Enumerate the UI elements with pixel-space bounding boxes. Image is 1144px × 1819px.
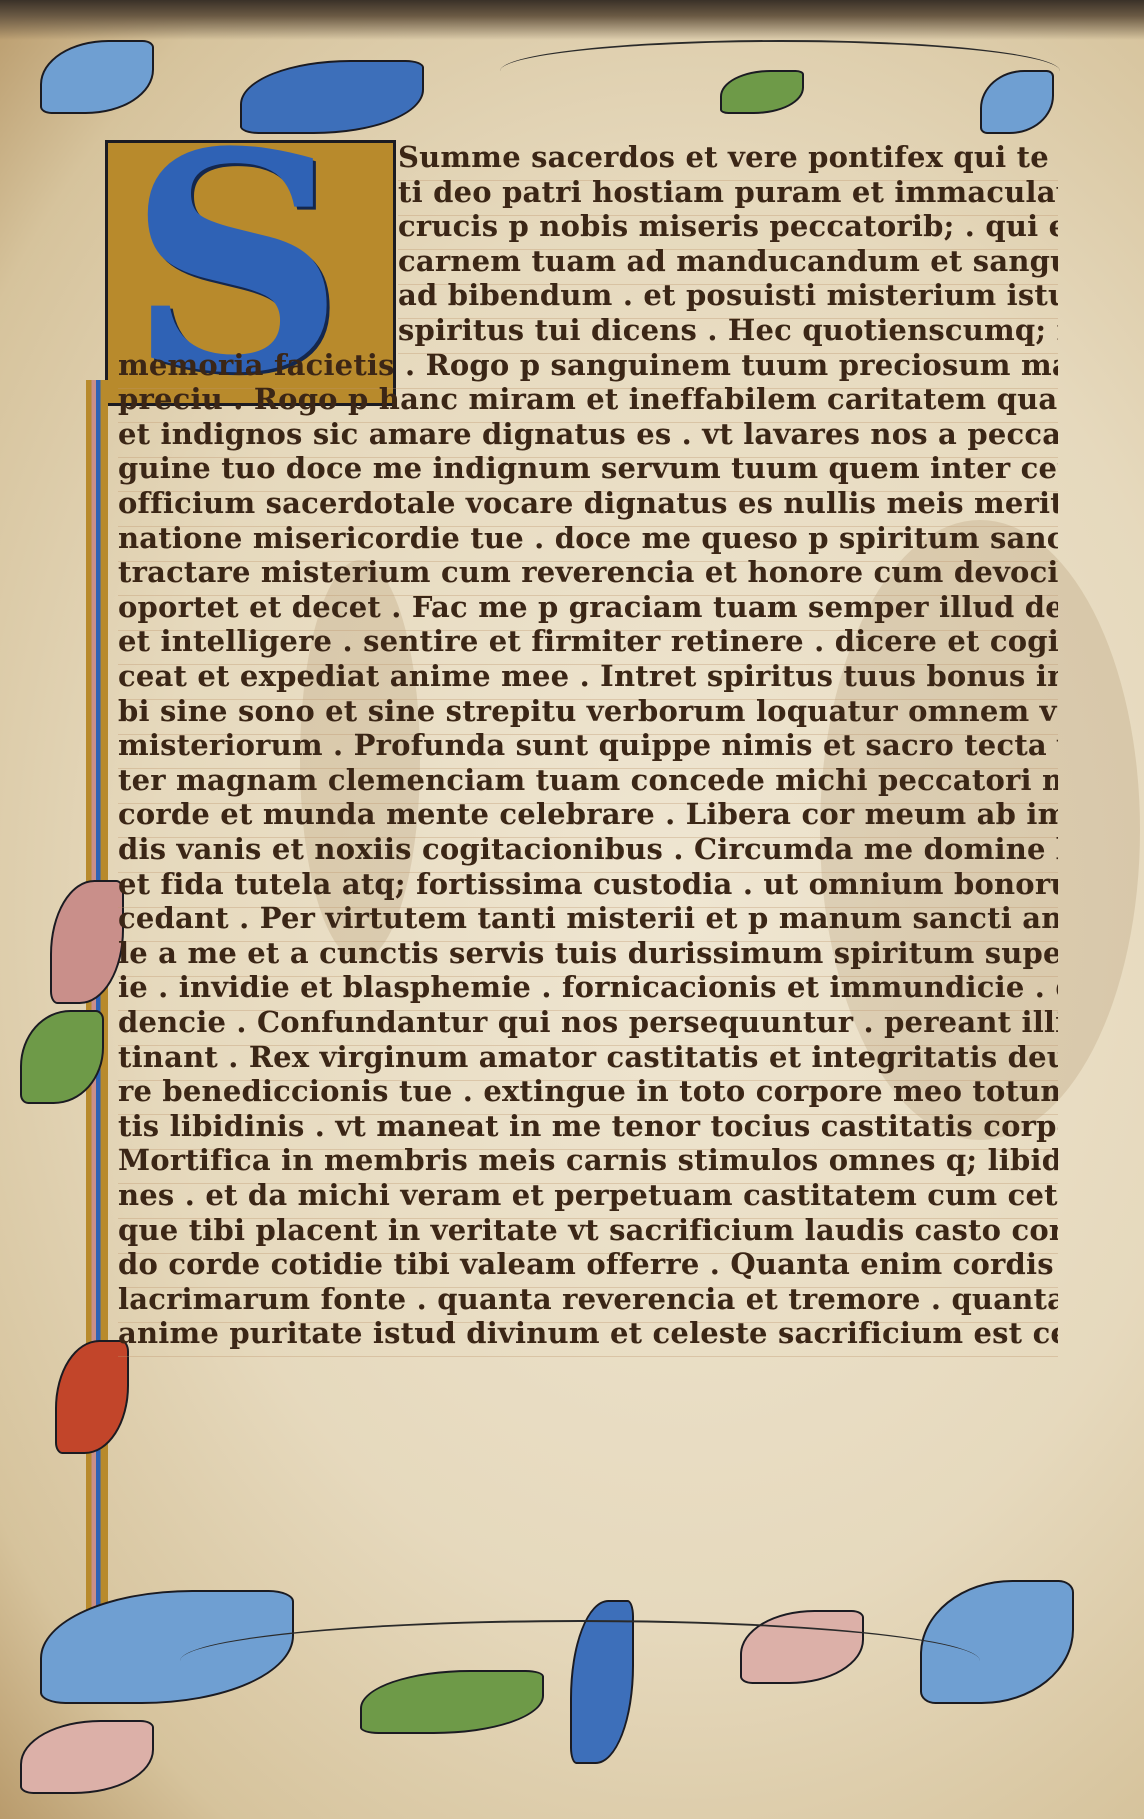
acanthus-leaf-decoration bbox=[920, 1580, 1074, 1704]
leaf-decoration bbox=[50, 880, 124, 1004]
text-line: anime puritate istud divinum et celeste … bbox=[118, 1316, 1058, 1357]
vine-decoration bbox=[180, 1620, 980, 1702]
flower-decoration bbox=[20, 1720, 154, 1794]
vine-decoration bbox=[500, 40, 1060, 102]
manuscript-page: S Summe sacerdos et vere pontifex qui te… bbox=[0, 0, 1144, 1819]
torn-edge bbox=[0, 0, 1144, 40]
